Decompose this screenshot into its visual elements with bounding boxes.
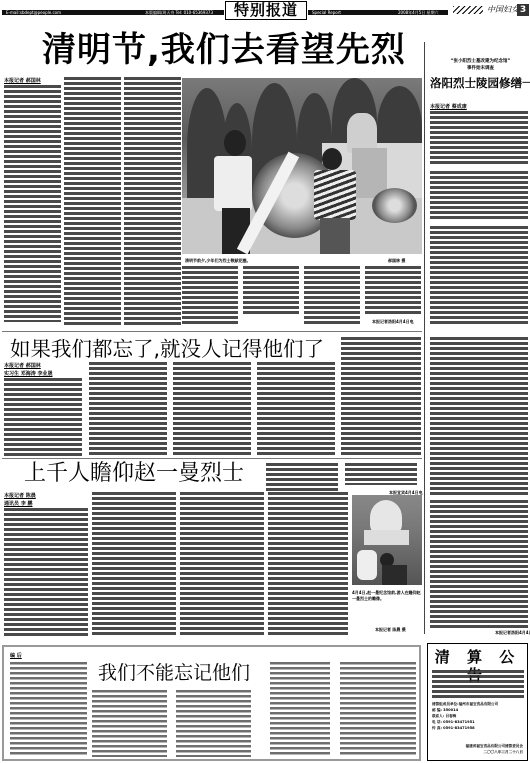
- story4-headline: 我们不能忘记他们: [98, 661, 250, 685]
- issue-date: 2008年4月5日 星期六: [398, 9, 439, 16]
- notice-body: [432, 670, 524, 698]
- sidebar-text-block: [430, 171, 528, 221]
- section-title: 特别报道: [225, 1, 307, 20]
- section-divider: [2, 331, 422, 332]
- story3-photo: [352, 495, 422, 585]
- story1-headline: 清明节,我们去看望先烈: [42, 30, 406, 70]
- notice-signature-block: 福建省福宝食品有限公司清算委员会 二〇〇八年三月二十八日: [466, 743, 524, 755]
- liquidation-notice: 清 算 公 告 清算组成员单位:福州市福宝食品有限公司 邮 编: 350014 …: [427, 643, 528, 761]
- sidebar-kicker-line1: “张小阳烈士墓改建为纪念馆”: [433, 58, 528, 65]
- story4-column-5: [340, 662, 416, 757]
- story1-text-block: [304, 266, 360, 326]
- story1-byline: 本报记者 郝国林: [4, 77, 61, 85]
- story1-source: 本报记者洛阳4月4日电: [372, 319, 414, 325]
- header-email: E-mail:sbdept@people.com: [6, 9, 61, 16]
- story3-column-3: [180, 492, 264, 637]
- story2-column-5: [341, 337, 421, 457]
- notice-contact: 清算组成员单位:福州市福宝食品有限公司 邮 编: 350014 联系人: 吕春梅…: [432, 701, 524, 731]
- story1-photo-caption: 清明节前夕,少年们为烈士敬献花圈。: [185, 258, 251, 264]
- sidebar-kicker-line2: 事件始末调查: [433, 65, 528, 72]
- story1-text-block: [365, 266, 421, 316]
- story2-byline: 本报记者 郝国林: [4, 362, 82, 370]
- story3-text-top: [266, 463, 338, 493]
- page-number: 3: [517, 4, 529, 16]
- story1-column-1: 本报记者 郝国林: [4, 77, 61, 327]
- story3-column-2: [92, 492, 176, 637]
- story3-headline: 上千人瞻仰赵一曼烈士: [24, 460, 244, 488]
- sidebar-text-block: [430, 226, 528, 326]
- story4-column-4: [270, 662, 330, 757]
- story4-column-1: [10, 662, 87, 757]
- story2-text-block: [4, 378, 82, 457]
- column-divider: [424, 42, 425, 634]
- sidebar-text-continued: [430, 337, 528, 497]
- sidebar-text-continued: [430, 500, 528, 628]
- story2-headline: 如果我们都忘了,就没人记得他们了: [10, 337, 324, 361]
- story3-column-1: 本报记者 陈晨 通讯员 李 鹏: [4, 492, 88, 637]
- story2-column-1: 本报记者 郝国林 实习生 邓海涛 李业晟: [4, 362, 82, 457]
- story3-byline-correspondent: 通讯员 李 鹏: [4, 500, 88, 508]
- sidebar-headline: 洛阳烈士陵园修缮一新: [430, 76, 530, 90]
- story3-column-4: [268, 492, 348, 637]
- sidebar-text-block: [430, 111, 528, 166]
- section-title-en: Special Report: [312, 9, 341, 16]
- story4-label: 编 后: [10, 652, 22, 659]
- notice-phone: 0591-83471951: [443, 720, 475, 724]
- story2-byline-interns: 实习生 邓海涛 李业晟: [4, 370, 82, 378]
- sidebar-column: 本报记者 蔡成康: [430, 103, 528, 333]
- notice-postcode-label: 邮 编:: [432, 708, 442, 712]
- notice-fax-row: 传 真: 0591-83471958: [432, 725, 524, 731]
- story1-photo: [182, 78, 422, 254]
- story3-text-block: [4, 508, 88, 637]
- story1-text-block: [182, 266, 238, 326]
- header-contact: 本版编辑/周天舟 Tel: 010-65369373: [145, 9, 213, 16]
- story1-text-block: [243, 266, 299, 316]
- story4-column-3: [176, 690, 251, 757]
- story1-text-block: [4, 85, 61, 322]
- story3-text-top: [345, 463, 417, 485]
- notice-contact-person: 吕春梅: [445, 714, 456, 718]
- notice-fax: 0591-83471958: [443, 726, 475, 730]
- story1-photo-credit: 郝国林 摄: [388, 258, 405, 264]
- story4-column-2: [92, 690, 167, 757]
- story1-column-3: [124, 77, 181, 327]
- notice-date: 二〇〇八年三月二十八日: [466, 749, 524, 755]
- story1-text-block: [64, 77, 121, 327]
- story3-photo-caption: 4月4日,赵一曼纪念馆前,游人在瞻仰赵一曼烈士的雕像。: [352, 590, 422, 602]
- story2-column-3: [173, 362, 251, 457]
- story1-column-2: [64, 77, 121, 327]
- story1-text-block: [124, 77, 181, 327]
- notice-contact-person-label: 联系人:: [432, 714, 444, 718]
- story2-column-4: [257, 362, 335, 457]
- decorative-hatch: [453, 6, 483, 14]
- sidebar-kicker: “张小阳烈士墓改建为纪念馆” 事件始末调查: [433, 58, 528, 72]
- section-divider: [2, 458, 422, 459]
- sidebar-byline: 本报记者 蔡成康: [430, 103, 528, 111]
- notice-postcode: 350014: [443, 708, 458, 712]
- notice-fax-label: 传 真:: [432, 726, 442, 730]
- story3-photo-credit: 本报记者 陈晨 摄: [375, 627, 406, 633]
- story3-byline: 本报记者 陈晨: [4, 492, 88, 500]
- sidebar-source: 本报记者洛阳4月4日电: [495, 630, 530, 636]
- story2-column-2: [89, 362, 167, 457]
- notice-phone-label: 电 话:: [432, 720, 442, 724]
